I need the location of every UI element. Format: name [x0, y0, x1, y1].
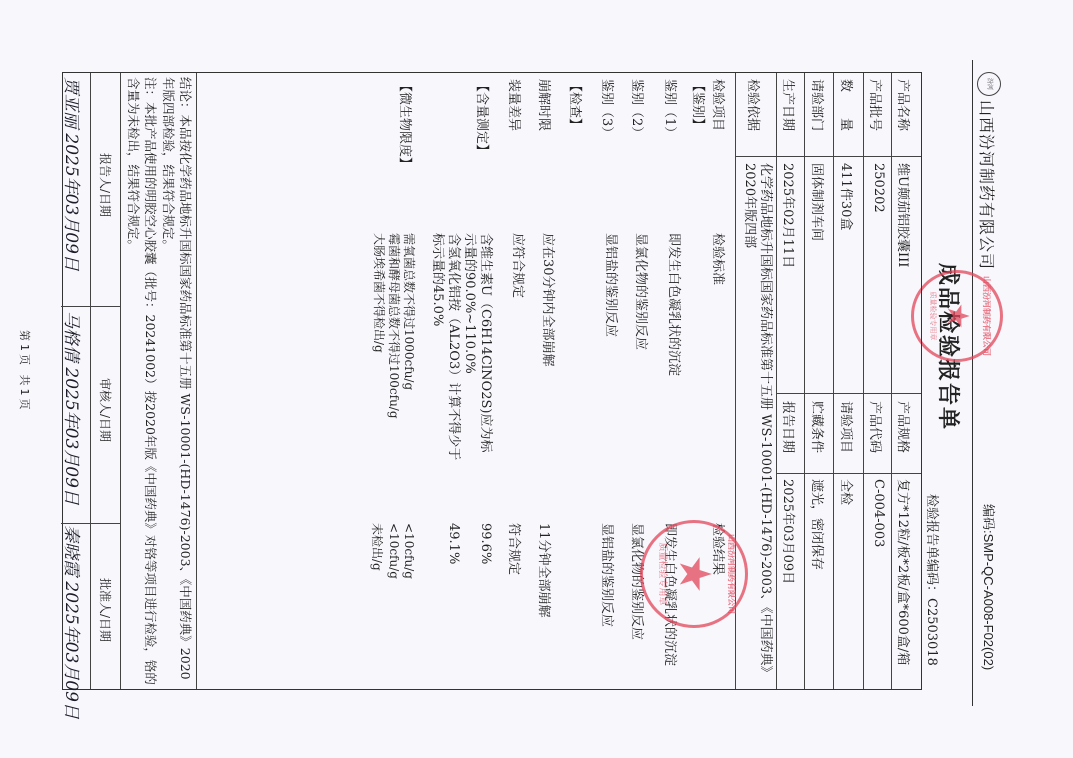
company-seal-stamp: 山西汾河制药有限公司 ★ 质量检验专用章: [911, 270, 1003, 362]
row-item: 鉴别（3）: [599, 79, 618, 139]
company-name: 山西汾河制药有限公司: [976, 100, 999, 270]
test-items-label: 请验项目: [838, 401, 857, 453]
note-text: 注：本批产品使用的明胶空心胶囊（批号：20241002）按2020年版《中国药典…: [125, 77, 159, 689]
approver-label: 批准人/日期: [97, 578, 114, 642]
row-result: 99.6%: [478, 523, 493, 564]
row-item: 【含量测定】: [474, 79, 493, 157]
spec-label: 产品规格: [895, 401, 914, 453]
code-label: 产品代码: [867, 401, 886, 453]
reviewer-label: 审核人/日期: [97, 378, 114, 442]
row-item: 【微生物限度】: [397, 79, 416, 170]
report-date-label: 报告日期: [780, 401, 799, 453]
row-standard: 需氧菌总数不得过1000cfu/g: [402, 233, 416, 523]
row-result: 显铝盐的鉴别反应: [599, 523, 618, 627]
dept-label: 请验部门: [809, 79, 828, 131]
test-items-value: 全检: [838, 479, 857, 505]
row-item: 鉴别（1）: [662, 79, 681, 139]
dept-value: 固体制剂车间: [809, 163, 828, 241]
conclusion-text: 结论：本品按化学药品地标升国标国家药品标准第十五册 WS-10001-(HD-1…: [160, 77, 194, 689]
star-icon: ★: [672, 554, 716, 593]
prod-date-label: 生产日期: [780, 79, 799, 131]
row-result: 49.1%: [446, 523, 461, 564]
batch-value: 250202: [871, 163, 886, 213]
row-standard: 应符合规定: [509, 233, 525, 465]
product-name-value: 维U颠茄铝胶囊III: [895, 163, 914, 267]
star-icon: ★: [942, 303, 972, 330]
row-standard: 含氢氧化铝按（AL2O3）计算不得少于标示量的45.0%: [429, 233, 461, 465]
reporter-label: 报告人/日期: [97, 153, 114, 217]
row-item: 【检查】: [567, 79, 586, 131]
row-standard: 含维生素U（C6H14ClNO2S)应为标示量的90.0%~110.0%: [461, 233, 493, 465]
quantity-value: 411件30盒: [838, 163, 857, 230]
report-number: 检验报告单编码：C2503018: [924, 494, 943, 666]
qc-seal-stamp: 山西汾河制药有限公司 ★ 质量检验专用章: [640, 520, 748, 628]
page-number: 第1页 共1页: [17, 330, 33, 413]
approver-signature: 秦晓霞 2025年03月09日: [61, 525, 86, 719]
storage-value: 遮光，密闭保存: [809, 479, 828, 570]
batch-label: 产品批号: [867, 79, 886, 131]
row-item: 鉴别（2）: [629, 79, 648, 139]
basis-value: 化学药品地标升国标国家药品标准第十五册 WS-10001-(HD-1476)-2…: [741, 163, 773, 683]
reviewer-signature: 马格倩 2025年03月09日: [61, 311, 86, 505]
quantity-label: 数 量: [838, 79, 857, 131]
row-item: 崩解时限: [536, 79, 555, 131]
header-divider: [972, 60, 973, 706]
row-result: <10cfu/g: [402, 523, 416, 579]
report-date-value: 2025年03月09日: [780, 479, 799, 584]
row-result: 11分钟全部崩解: [536, 523, 555, 618]
row-standard: 霉菌和酵母菌总数不得过100cfu/g: [387, 233, 401, 523]
row-standard: 显氯化物的鉴别反应: [632, 233, 648, 465]
product-name-label: 产品名称: [895, 79, 914, 131]
prod-date-value: 2025年02月11日: [780, 163, 799, 268]
report-table: 产品名称 维U颠茄铝胶囊III 产品规格 复方*12粒/板*2板/盒*600盒/…: [62, 72, 922, 690]
col-item-header: 检验项目: [710, 79, 729, 131]
row-standard: 即发生白色凝乳状的沉淀: [665, 233, 681, 465]
row-standard: 显铝盐的鉴别反应: [602, 233, 618, 465]
row-standard: 大肠埃希菌不得检出/g: [372, 233, 386, 523]
row-result: 未检出/g: [369, 523, 386, 571]
row-item: 【鉴别】: [690, 79, 709, 131]
storage-label: 贮藏条件: [809, 401, 828, 453]
row-standard: 应在30分钟内全部崩解: [539, 233, 555, 465]
row-result: <10cfu/g: [387, 523, 401, 579]
row-item: 装量差异: [506, 79, 525, 131]
code-value: C-004-003: [871, 479, 886, 547]
form-code: 编码:SMP-QC-A008-F02(02): [980, 504, 999, 670]
spec-value: 复方*12粒/板*2板/盒*600盒/箱: [895, 479, 914, 665]
col-standard-header: 检验标准: [710, 233, 729, 285]
reporter-signature: 贾亚丽 2025年03月09日: [61, 77, 86, 271]
basis-label: 检验依据: [745, 79, 764, 131]
company-logo-icon: 汾河: [977, 72, 1001, 96]
row-result: 符合规定: [506, 523, 525, 575]
report-page: 汾河 山西汾河制药有限公司 编码:SMP-QC-A008-F02(02) 成品检…: [0, 0, 1073, 758]
